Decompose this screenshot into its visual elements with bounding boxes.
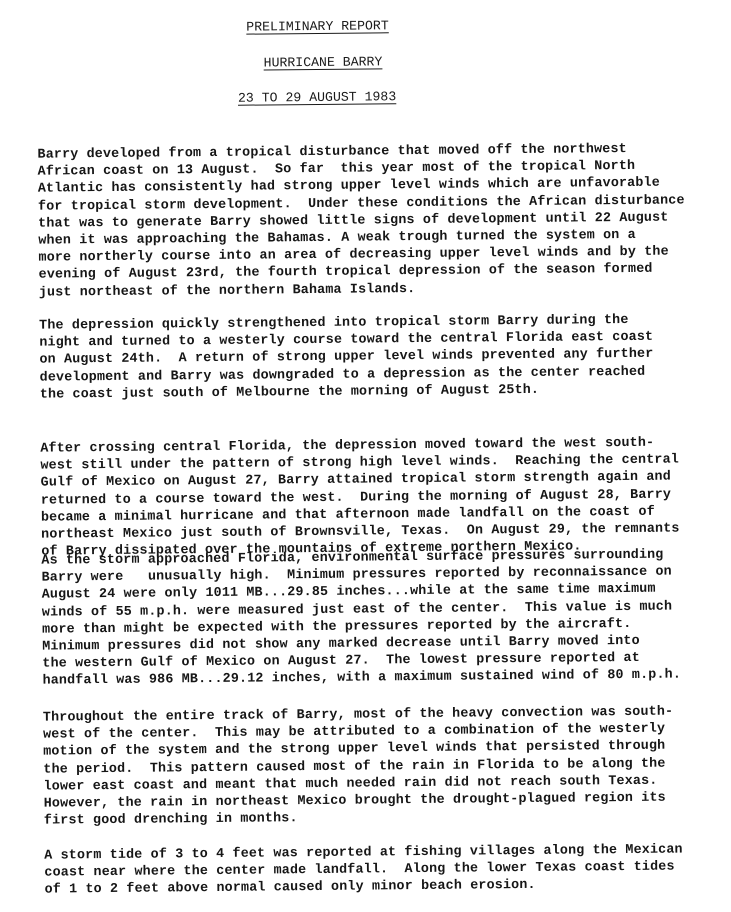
paragraph-pressures: As the storm approached Florida, environ… — [41, 547, 681, 691]
scanned-report-page: PRELIMINARY REPORT HURRICANE BARRY 23 TO… — [0, 0, 731, 912]
report-title: PRELIMINARY REPORT — [246, 18, 389, 34]
paragraph-storm-tide: A storm tide of 3 to 4 feet was reported… — [44, 841, 683, 899]
date-range-heading: 23 TO 29 AUGUST 1983 — [238, 89, 396, 106]
paragraph-strengthening: The depression quickly strengthened into… — [39, 312, 654, 404]
storm-name-heading: HURRICANE BARRY — [264, 54, 383, 70]
paragraph-convection: Throughout the entire track of Barry, mo… — [43, 704, 674, 830]
paragraph-gulf-track: After crossing central Florida, the depr… — [40, 435, 680, 562]
paragraph-development: Barry developed from a tropical disturba… — [37, 140, 685, 301]
